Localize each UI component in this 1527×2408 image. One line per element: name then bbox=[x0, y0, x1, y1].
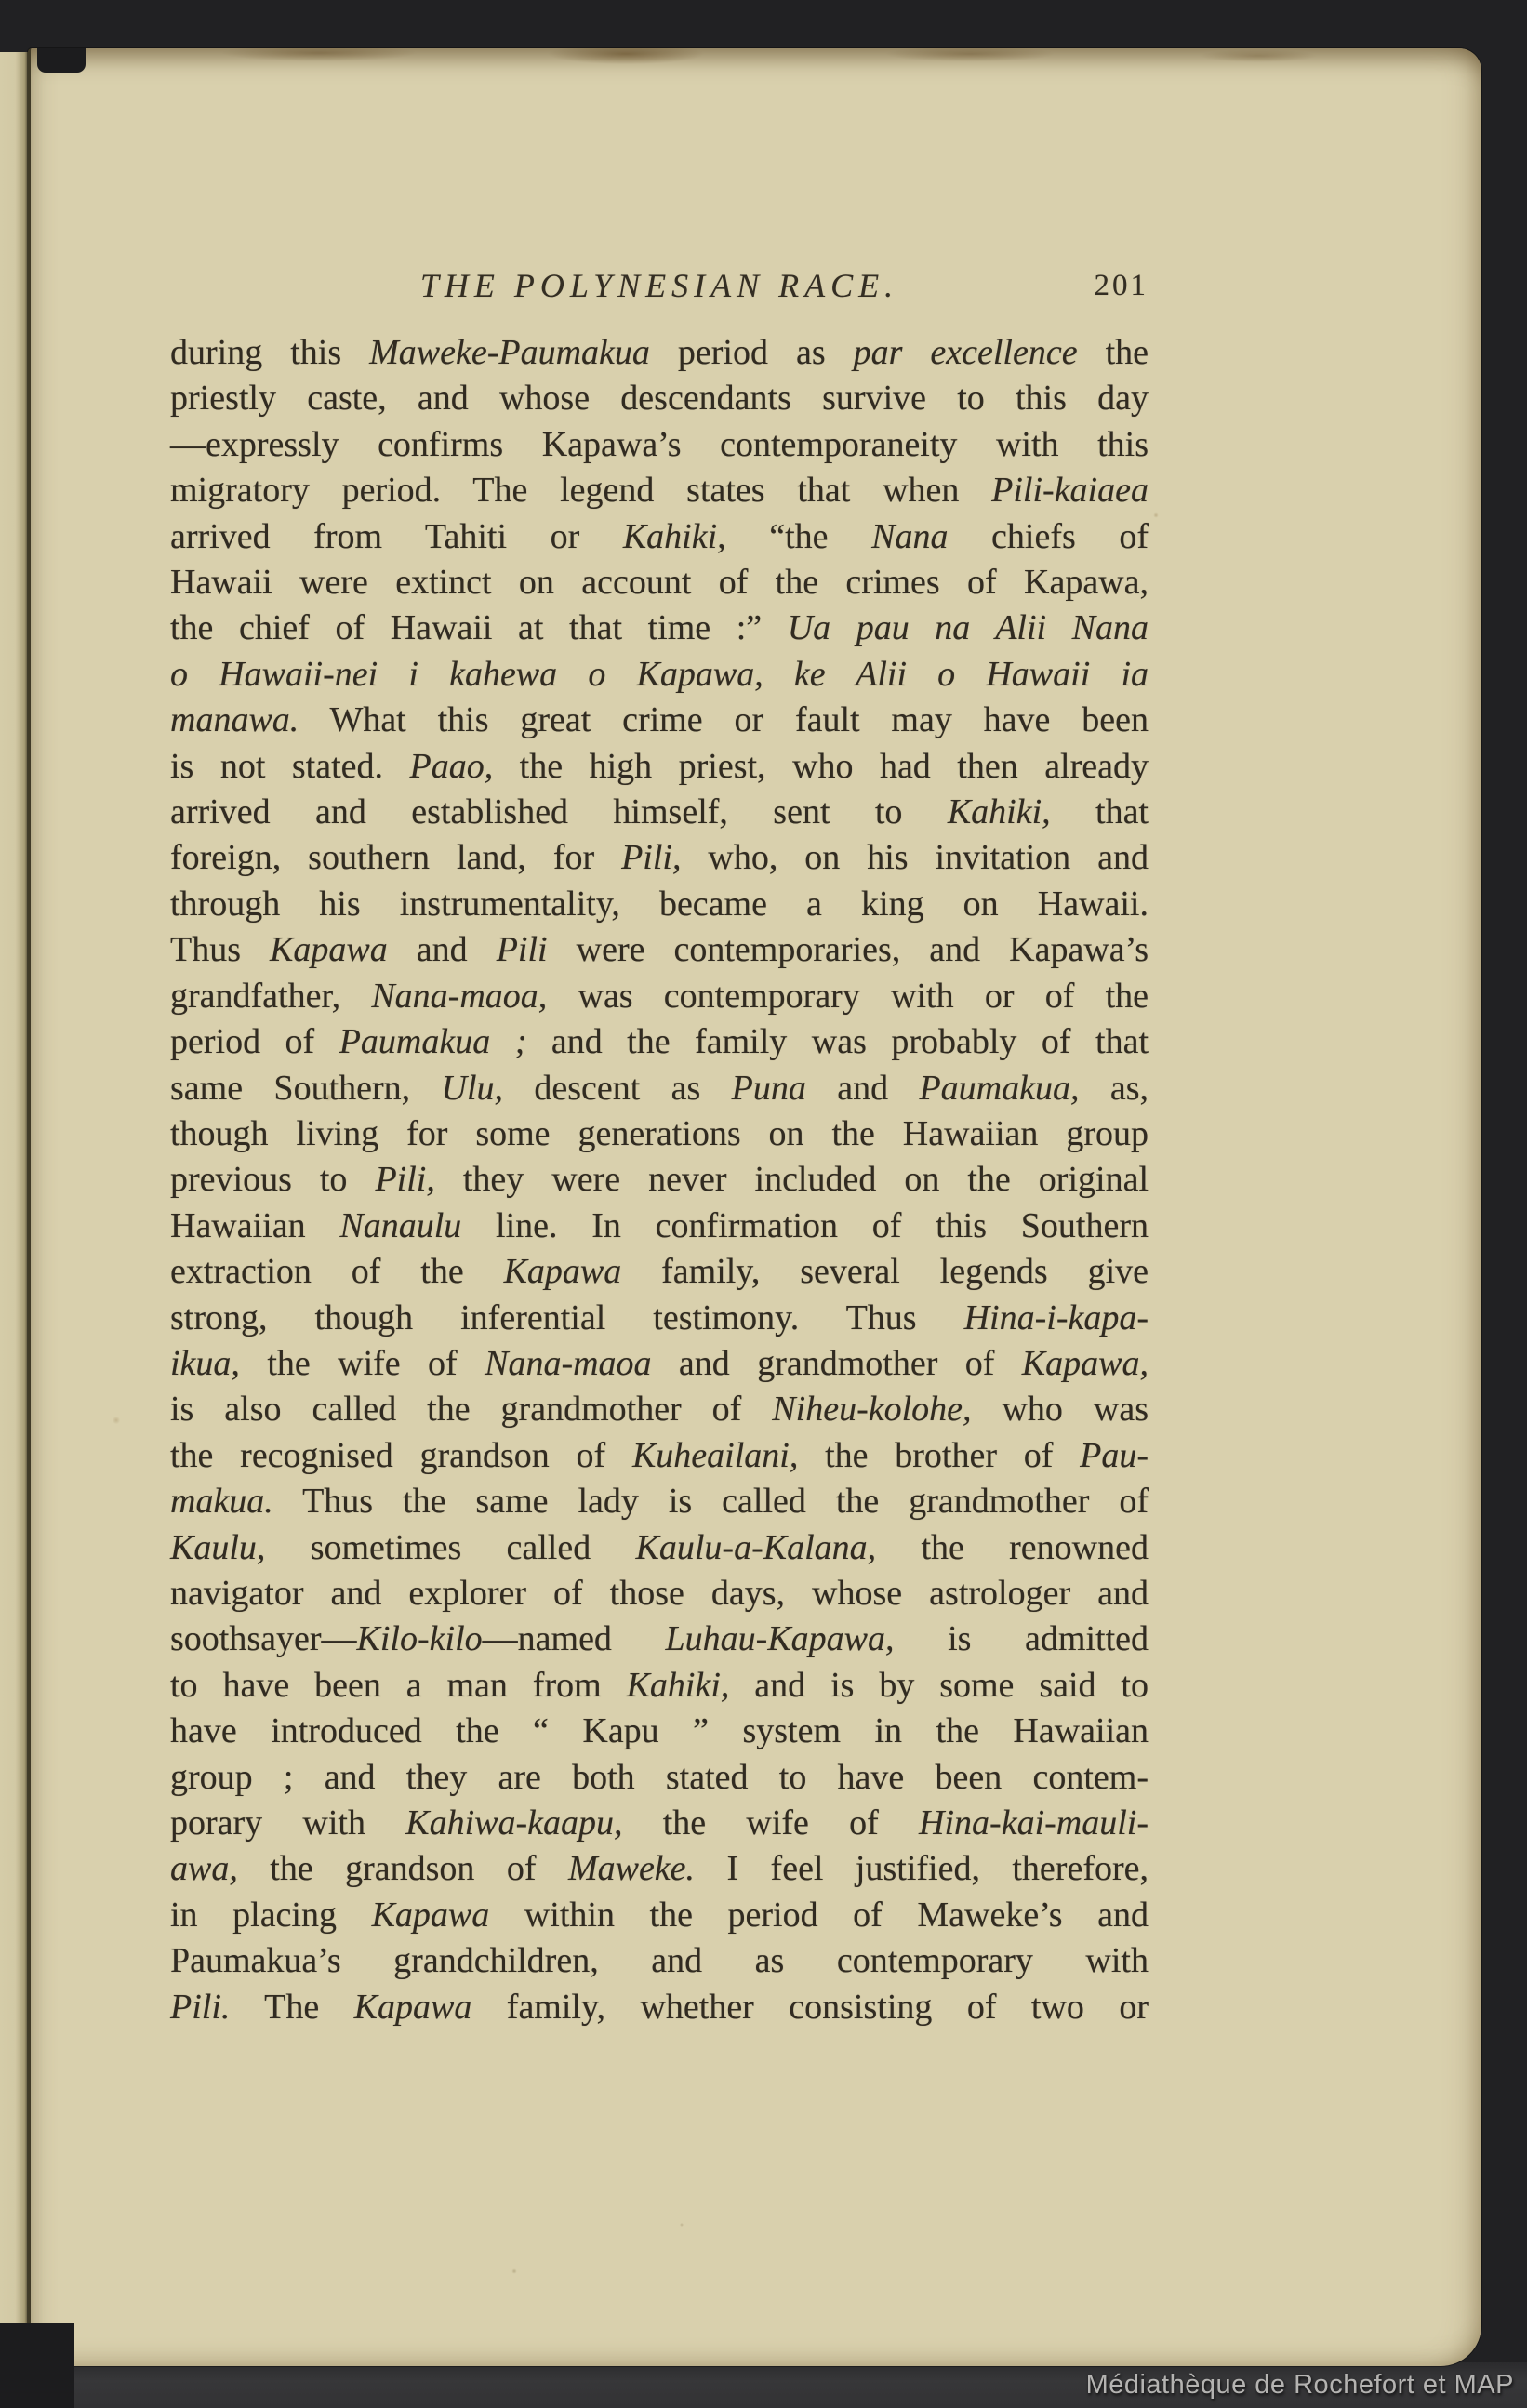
text-segment: were contemporaries, and Kapawa’s bbox=[548, 930, 1149, 969]
text-line: though living for some generations on th… bbox=[170, 1111, 1149, 1157]
text-segment: soothsayer— bbox=[170, 1619, 357, 1658]
text-line: Kaulu, sometimes called Kaulu-a-Kalana, … bbox=[170, 1525, 1149, 1571]
text-segment: the recognised grandson of bbox=[170, 1436, 632, 1475]
text-line: have introduced the “ Kapu ” system in t… bbox=[170, 1709, 1149, 1754]
text-segment: period as bbox=[650, 333, 854, 372]
text-segment: line. In confirmation of this Southern bbox=[461, 1206, 1149, 1245]
text-segment: in placing bbox=[170, 1896, 372, 1935]
text-segment: group ; and they are both stated to have… bbox=[170, 1758, 1149, 1797]
text-line: foreign, southern land, for Pili, who, o… bbox=[170, 835, 1149, 881]
text-line: to have been a man from Kahiki, and is b… bbox=[170, 1663, 1149, 1709]
running-header: THE POLYNESIAN RACE. 201 bbox=[170, 266, 1149, 309]
text-segment: and the family was probably of that bbox=[526, 1022, 1149, 1061]
scan-notch-bottom-left bbox=[0, 2323, 74, 2408]
text-segment: have introduced the “ Kapu ” system in t… bbox=[170, 1711, 1149, 1750]
text-segment: was contemporary with or of the bbox=[547, 977, 1149, 1016]
text-line: Thus Kapawa and Pili were contemporaries… bbox=[170, 927, 1149, 973]
italic-text-segment: Pau- bbox=[1080, 1436, 1149, 1475]
italic-text-segment: Nanaulu bbox=[339, 1206, 461, 1245]
italic-text-segment: ikua, bbox=[170, 1344, 240, 1383]
text-segment: family, whether consisting of two or bbox=[471, 1988, 1149, 2027]
italic-text-segment: awa, bbox=[170, 1849, 238, 1888]
text-line: the recognised grandson of Kuheailani, t… bbox=[170, 1433, 1149, 1479]
text-line: grandfather, Nana-maoa, was contemporary… bbox=[170, 974, 1149, 1019]
text-segment: —named bbox=[483, 1619, 666, 1658]
text-line: porary with Kahiwa-kaapu, the wife of Hi… bbox=[170, 1801, 1149, 1846]
italic-text-segment: Kaulu, bbox=[170, 1528, 265, 1567]
text-segment: foreign, southern land, for bbox=[170, 838, 621, 877]
text-line: period of Paumakua ; and the family was … bbox=[170, 1019, 1149, 1065]
text-segment: the bbox=[1078, 333, 1149, 372]
text-line: previous to Pili, they were never includ… bbox=[170, 1157, 1149, 1203]
text-segment: they were never included on the original bbox=[435, 1160, 1149, 1199]
text-segment: period of bbox=[170, 1022, 339, 1061]
text-segment: the renowned bbox=[876, 1528, 1149, 1567]
scanned-book-photo: { "page": { "header": { "title": "THE PO… bbox=[0, 0, 1527, 2408]
text-segment: that bbox=[1051, 792, 1149, 831]
text-segment: the chief of Hawaii at that time :” bbox=[170, 608, 788, 647]
adjacent-page-edge bbox=[0, 52, 28, 2333]
watermark: Médiathèque de Rochefort et MAP bbox=[1086, 2370, 1514, 2401]
text-segment: and bbox=[806, 1069, 920, 1108]
italic-text-segment: Kapawa bbox=[354, 1988, 472, 2027]
italic-text-segment: Kahiwa-kaapu, bbox=[405, 1803, 622, 1843]
text-segment: within the period of Maweke’s and bbox=[489, 1896, 1149, 1935]
text-line: is also called the grandmother of Niheu-… bbox=[170, 1387, 1149, 1432]
page-title: THE POLYNESIAN RACE. bbox=[170, 266, 1149, 305]
italic-text-segment: Pili, bbox=[621, 838, 681, 877]
text-segment: is not stated. bbox=[170, 747, 409, 786]
italic-text-segment: Ulu, bbox=[442, 1069, 504, 1108]
text-segment: navigator and explorer of those days, wh… bbox=[170, 1574, 1149, 1613]
italic-text-segment: Kaulu-a-Kalana, bbox=[636, 1528, 877, 1567]
text-line: during this Maweke-Paumakua period as pa… bbox=[170, 330, 1149, 376]
italic-text-segment: Pili bbox=[497, 930, 548, 969]
text-segment: the brother of bbox=[798, 1436, 1080, 1475]
text-segment: the wife of bbox=[623, 1803, 920, 1843]
text-segment: arrived and established himself, sent to bbox=[170, 792, 948, 831]
text-line: Hawaii were extinct on account of the cr… bbox=[170, 560, 1149, 605]
text-line: —expressly confirms Kapawa’s contemporan… bbox=[170, 422, 1149, 468]
text-segment: “the bbox=[726, 517, 871, 556]
text-line: o Hawaii-nei i kahewa o Kapawa, ke Alii … bbox=[170, 652, 1149, 698]
text-line: same Southern, Ulu, descent as Puna and … bbox=[170, 1066, 1149, 1111]
text-segment: I feel justified, therefore, bbox=[695, 1849, 1149, 1888]
italic-text-segment: Nana-maoa bbox=[485, 1344, 651, 1383]
text-segment: grandfather, bbox=[170, 977, 371, 1016]
text-line: Paumakua’s grandchildren, and as contemp… bbox=[170, 1938, 1149, 1984]
italic-text-segment: makua. bbox=[170, 1482, 273, 1521]
text-segment: chiefs of bbox=[948, 517, 1149, 556]
text-segment: —expressly confirms Kapawa’s contemporan… bbox=[170, 425, 1149, 464]
text-segment: the grandson of bbox=[238, 1849, 568, 1888]
italic-text-segment: Kahiki, bbox=[948, 792, 1051, 831]
italic-text-segment: Kapawa bbox=[372, 1896, 490, 1935]
text-segment: extraction of the bbox=[170, 1252, 504, 1291]
text-segment: porary with bbox=[170, 1803, 405, 1843]
text-segment: the high priest, who had then already bbox=[493, 747, 1149, 786]
text-line: makua. Thus the same lady is called the … bbox=[170, 1479, 1149, 1524]
italic-text-segment: Paumakua ; bbox=[339, 1022, 527, 1061]
text-segment: strong, though inferential testimony. Th… bbox=[170, 1298, 964, 1337]
text-line: is not stated. Paao, the high priest, wh… bbox=[170, 744, 1149, 790]
text-segment: who was bbox=[972, 1390, 1149, 1429]
italic-text-segment: Kapawa bbox=[270, 930, 388, 969]
text-segment: migratory period. The legend states that… bbox=[170, 471, 991, 510]
italic-text-segment: Ua pau na Alii Nana bbox=[788, 608, 1149, 647]
text-line: arrived from Tahiti or Kahiki, “the Nana… bbox=[170, 514, 1149, 560]
text-line: migratory period. The legend states that… bbox=[170, 468, 1149, 513]
body-text: during this Maweke-Paumakua period as pa… bbox=[170, 330, 1149, 2030]
italic-text-segment: Maweke-Paumakua bbox=[369, 333, 650, 372]
text-segment: through his instrumentality, became a ki… bbox=[170, 885, 1149, 924]
italic-text-segment: o Hawaii-nei i kahewa o Kapawa, ke Alii … bbox=[170, 655, 1149, 694]
italic-text-segment: Paumakua, bbox=[919, 1069, 1079, 1108]
text-line: manawa. What this great crime or fault m… bbox=[170, 698, 1149, 743]
italic-text-segment: Kapawa bbox=[504, 1252, 622, 1291]
italic-text-segment: Kilo-kilo bbox=[357, 1619, 483, 1658]
italic-text-segment: Paao, bbox=[409, 747, 493, 786]
italic-text-segment: Niheu-kolohe, bbox=[772, 1390, 971, 1429]
text-line: navigator and explorer of those days, wh… bbox=[170, 1571, 1149, 1616]
text-segment: and is by some said to bbox=[729, 1666, 1149, 1705]
text-segment: The bbox=[230, 1988, 353, 2027]
text-segment: is also called the grandmother of bbox=[170, 1390, 772, 1429]
text-segment: Hawaiian bbox=[170, 1206, 339, 1245]
text-segment: priestly caste, and whose descendants su… bbox=[170, 379, 1149, 418]
italic-text-segment: Nana bbox=[871, 517, 948, 556]
text-segment: is admitted bbox=[895, 1619, 1149, 1658]
text-line: arrived and established himself, sent to… bbox=[170, 790, 1149, 835]
italic-text-segment: Kahiki, bbox=[627, 1666, 730, 1705]
italic-text-segment: Pili-kaiaea bbox=[991, 471, 1149, 510]
text-line: awa, the grandson of Maweke. I feel just… bbox=[170, 1846, 1149, 1892]
text-segment: to have been a man from bbox=[170, 1666, 627, 1705]
text-segment: arrived from Tahiti or bbox=[170, 517, 623, 556]
italic-text-segment: Kapawa, bbox=[1022, 1344, 1149, 1383]
italic-text-segment: par excellence bbox=[854, 333, 1078, 372]
text-line: strong, though inferential testimony. Th… bbox=[170, 1296, 1149, 1341]
text-segment: who, on his invitation and bbox=[681, 838, 1149, 877]
text-segment: Paumakua’s grandchildren, and as contemp… bbox=[170, 1941, 1149, 1980]
text-line: priestly caste, and whose descendants su… bbox=[170, 376, 1149, 421]
text-segment: the wife of bbox=[240, 1344, 485, 1383]
italic-text-segment: Nana-maoa, bbox=[371, 977, 547, 1016]
text-segment: though living for some generations on th… bbox=[170, 1114, 1149, 1153]
italic-text-segment: Hina-i-kapa- bbox=[964, 1298, 1149, 1337]
text-segment: and grandmother of bbox=[652, 1344, 1022, 1383]
text-segment: sometimes called bbox=[265, 1528, 635, 1567]
text-segment: during this bbox=[170, 333, 369, 372]
text-line: Hawaiian Nanaulu line. In confirmation o… bbox=[170, 1204, 1149, 1249]
text-line: ikua, the wife of Nana-maoa and grandmot… bbox=[170, 1341, 1149, 1387]
text-line: through his instrumentality, became a ki… bbox=[170, 882, 1149, 927]
text-segment: Thus bbox=[170, 930, 270, 969]
page-number: 201 bbox=[1095, 269, 1149, 303]
text-segment: What this great crime or fault may have … bbox=[299, 700, 1149, 739]
text-segment: family, several legends give bbox=[621, 1252, 1149, 1291]
text-segment: descent as bbox=[503, 1069, 732, 1108]
text-segment: previous to bbox=[170, 1160, 375, 1199]
text-line: soothsayer—Kilo-kilo—named Luhau-Kapawa,… bbox=[170, 1616, 1149, 1662]
text-line: Pili. The Kapawa family, whether consist… bbox=[170, 1985, 1149, 2030]
text-segment: and bbox=[388, 930, 497, 969]
scan-notch-top-left bbox=[37, 48, 86, 73]
text-segment: same Southern, bbox=[170, 1069, 442, 1108]
italic-text-segment: Kahiki, bbox=[623, 517, 726, 556]
text-line: extraction of the Kapawa family, several… bbox=[170, 1249, 1149, 1295]
italic-text-segment: Puna bbox=[732, 1069, 806, 1108]
book-page: THE POLYNESIAN RACE. 201 during this Maw… bbox=[28, 48, 1481, 2366]
italic-text-segment: Luhau-Kapawa, bbox=[666, 1619, 895, 1658]
text-line: in placing Kapawa within the period of M… bbox=[170, 1893, 1149, 1938]
text-line: group ; and they are both stated to have… bbox=[170, 1755, 1149, 1801]
italic-text-segment: Hina-kai-mauli- bbox=[919, 1803, 1149, 1843]
italic-text-segment: Maweke. bbox=[568, 1849, 695, 1888]
italic-text-segment: Kuheailani, bbox=[632, 1436, 798, 1475]
italic-text-segment: Pili. bbox=[170, 1988, 230, 2027]
text-segment: Hawaii were extinct on account of the cr… bbox=[170, 563, 1149, 602]
text-line: the chief of Hawaii at that time :” Ua p… bbox=[170, 605, 1149, 651]
text-segment: Thus the same lady is called the grandmo… bbox=[273, 1482, 1149, 1521]
text-segment: as, bbox=[1079, 1069, 1149, 1108]
italic-text-segment: Pili, bbox=[375, 1160, 434, 1199]
italic-text-segment: manawa. bbox=[170, 700, 299, 739]
